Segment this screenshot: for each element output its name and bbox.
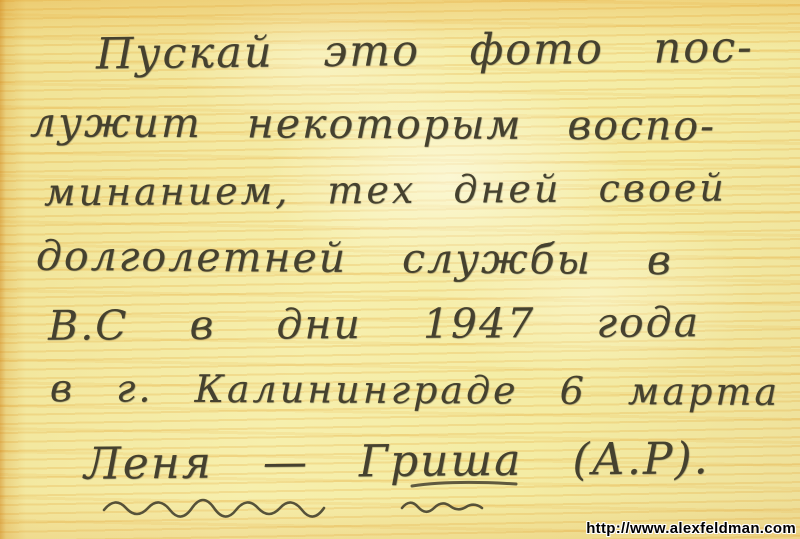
handwritten-line-1: Пускай это фото пос-	[96, 23, 754, 80]
handwritten-line-6: в г. Калининграде 6 марта	[50, 366, 780, 414]
handwritten-line-3: минанием, тех дней своей	[44, 166, 727, 215]
signature-underline-icon	[398, 478, 528, 522]
handwritten-line-7: Леня — Гриша (А.Р).	[84, 433, 710, 489]
signature-flourish-icon	[100, 492, 350, 524]
handwritten-note-paper: Пускай это фото пос- лужит некоторым вос…	[0, 0, 800, 539]
handwritten-line-5: В.С в дни 1947 года	[48, 298, 700, 349]
handwritten-line-2: лужит некоторым воспо-	[30, 98, 716, 150]
handwritten-line-4: долголетней службы в	[36, 232, 673, 284]
watermark-url: http://www.alexfeldman.com	[586, 520, 796, 537]
